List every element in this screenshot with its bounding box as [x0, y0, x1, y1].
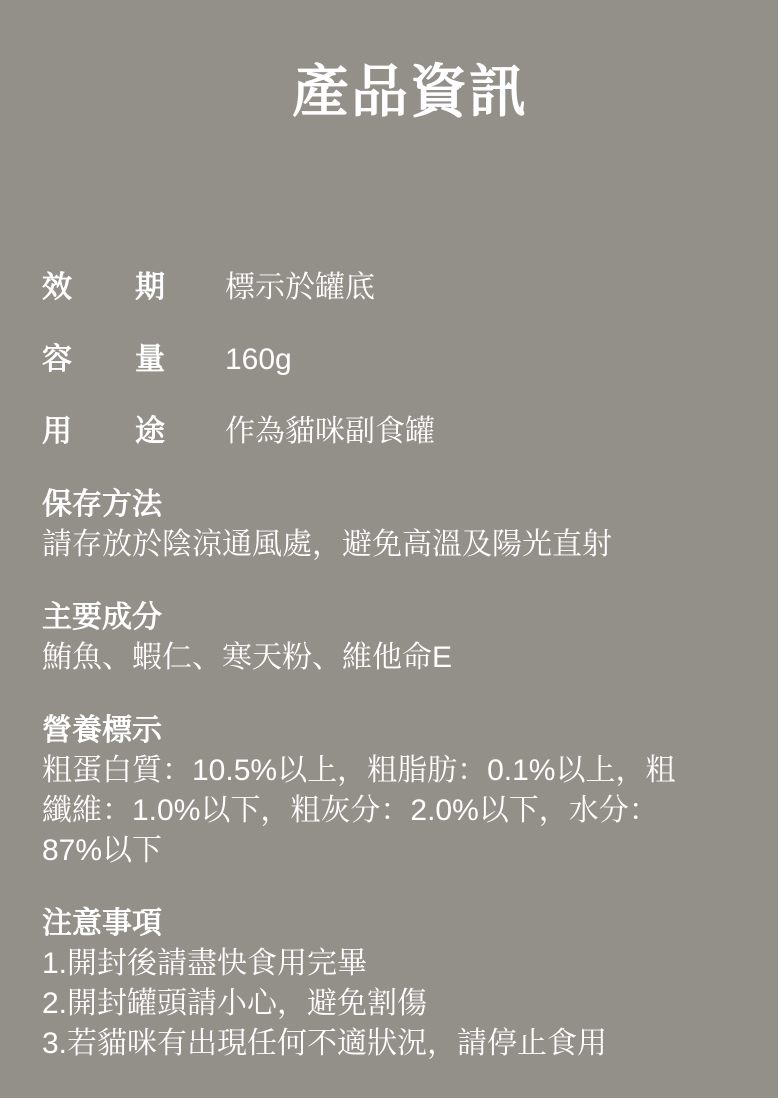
section-precautions: 注意事項 1.開封後請盡快食用完畢 2.開封罐頭請小心，避免割傷 3.若貓咪有出… [42, 904, 742, 1064]
section-heading: 保存方法 [42, 485, 742, 525]
spec-label-char: 途 [135, 412, 165, 452]
spec-label-volume: 容 量 [42, 340, 165, 380]
section-line: 纖維：1.0%以下，粗灰分：2.0%以下，水分： [42, 791, 742, 831]
spec-label-char: 效 [42, 268, 72, 308]
section-line: 鮪魚、蝦仁、寒天粉、維他命E [42, 638, 742, 678]
spec-value-expiry: 標示於罐底 [225, 268, 375, 308]
section-line: 87%以下 [42, 831, 742, 871]
section-line: 2.開封罐頭請小心，避免割傷 [42, 984, 742, 1024]
spec-label-usage: 用 途 [42, 412, 165, 452]
section-heading: 主要成分 [42, 598, 742, 638]
spec-label-char: 量 [135, 340, 165, 380]
spec-label-char: 期 [135, 268, 165, 308]
spec-row-usage: 用 途 作為貓咪副食罐 [42, 412, 742, 452]
section-line: 粗蛋白質：10.5%以上，粗脂肪：0.1%以上，粗 [42, 751, 742, 791]
spec-row-volume: 容 量 160g [42, 340, 742, 380]
spec-list: 效 期 標示於罐底 容 量 160g 用 途 作為貓咪副食罐 [42, 268, 742, 452]
spec-label-expiry: 效 期 [42, 268, 165, 308]
section-line: 3.若貓咪有出現任何不適狀況，請停止食用 [42, 1024, 742, 1064]
spec-label-char: 容 [42, 340, 72, 380]
spec-row-expiry: 效 期 標示於罐底 [42, 268, 742, 308]
section-nutrition-label: 營養標示 粗蛋白質：10.5%以上，粗脂肪：0.1%以上，粗 纖維：1.0%以下… [42, 711, 742, 871]
product-info-panel: 產品資訊 效 期 標示於罐底 容 量 160g 用 途 作為貓咪副食罐 保存方法 [0, 0, 778, 1098]
section-line: 請存放於陰涼通風處，避免高溫及陽光直射 [42, 525, 742, 565]
spec-label-char: 用 [42, 412, 72, 452]
section-heading: 營養標示 [42, 711, 742, 751]
spec-value-usage: 作為貓咪副食罐 [225, 412, 435, 452]
section-line: 1.開封後請盡快食用完畢 [42, 944, 742, 984]
section-storage-method: 保存方法 請存放於陰涼通風處，避免高溫及陽光直射 [42, 485, 742, 565]
section-main-ingredients: 主要成分 鮪魚、蝦仁、寒天粉、維他命E [42, 598, 742, 678]
section-heading: 注意事項 [42, 904, 742, 944]
page-title: 產品資訊 [42, 64, 778, 121]
spec-value-volume: 160g [225, 340, 292, 380]
